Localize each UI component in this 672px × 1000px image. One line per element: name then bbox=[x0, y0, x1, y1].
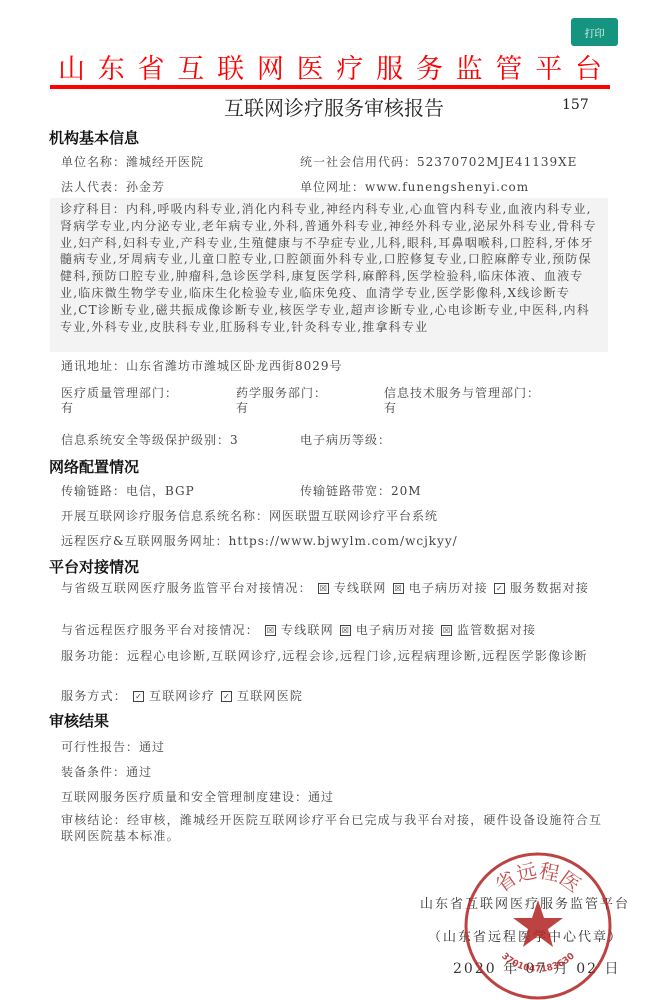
platform-banner: 山 东 省 互 联 网 医 疗 服 务 监 管 平 台 bbox=[50, 48, 610, 84]
banner-char: 服 bbox=[376, 47, 403, 86]
legal-representative: 法人代表：孙金芳 bbox=[61, 178, 165, 195]
provincial-item-label: 电子病历对接 bbox=[409, 581, 488, 595]
print-button[interactable]: 打印 bbox=[571, 18, 618, 46]
transmission-link: 传输链路：电信，BGP bbox=[61, 482, 195, 499]
banner-char: 台 bbox=[575, 47, 602, 86]
medical-quality-dept: 医疗质量管理部门： 有 bbox=[61, 386, 178, 416]
pharmacy-dept: 药学服务部门： 有 bbox=[236, 386, 327, 416]
x-checkbox-icon: ☒ bbox=[441, 625, 452, 636]
emr-level: 电子病历等级： bbox=[300, 431, 391, 448]
medical-quality-dept-label: 医疗质量管理部门： bbox=[61, 386, 178, 401]
banner-char: 平 bbox=[535, 47, 562, 86]
security-level: 信息系统安全等级保护级别：3 bbox=[61, 431, 239, 448]
svg-text:省远程医: 省远程医 bbox=[491, 858, 586, 897]
x-checkbox-icon: ☒ bbox=[318, 583, 329, 594]
address: 通讯地址：山东省潍坊市潍城区卧龙西街8029号 bbox=[61, 357, 343, 374]
remote-connection-label: 与省远程医疗服务平台对接情况： bbox=[61, 623, 259, 637]
remote-connection: 与省远程医疗服务平台对接情况：☒专线联网☒电子病历对接☒监管数据对接 bbox=[61, 622, 609, 638]
service-mode-item: 互联网诊疗 bbox=[149, 689, 215, 703]
banner-char: 山 bbox=[58, 47, 85, 86]
report-title: 互联网诊疗服务审核报告 bbox=[224, 92, 444, 121]
service-functions: 服务功能：远程心电诊断,互联网诊疗,远程会诊,远程门诊,远程病理诊断,远程医学影… bbox=[61, 648, 609, 664]
review-conclusion: 审核结论：经审核，潍城经开医院互联网诊疗平台已完成与我平台对接，硬件设备设施符合… bbox=[61, 812, 609, 844]
provincial-item-label: 专线联网 bbox=[334, 581, 387, 595]
feasibility-result: 可行性报告：通过 bbox=[61, 738, 165, 755]
service-mode-label: 服务方式： bbox=[61, 689, 127, 703]
official-seal-icon: 省远程医 3701047183630 bbox=[462, 850, 614, 1000]
banner-char: 互 bbox=[177, 47, 204, 86]
banner-char: 监 bbox=[456, 47, 483, 86]
departments-box: 诊疗科目：内科,呼吸内科专业,消化内科专业,神经内科专业,心血管内科专业,血液内… bbox=[50, 198, 608, 352]
system-name: 开展互联网诊疗服务信息系统名称：网医联盟互联网诊疗平台系统 bbox=[61, 507, 438, 524]
unit-website: 单位网址：www.funengshenyi.com bbox=[300, 178, 529, 195]
medical-quality-dept-value: 有 bbox=[61, 401, 178, 416]
x-checkbox-icon: ☒ bbox=[393, 583, 404, 594]
service-mode-item: 互联网医院 bbox=[237, 689, 303, 703]
unit-name: 单位名称：潍城经开医院 bbox=[61, 153, 204, 170]
report-number: 157 bbox=[562, 97, 589, 113]
section-title-review: 审核结果 bbox=[49, 710, 109, 731]
it-dept-label: 信息技术服务与管理部门： bbox=[384, 386, 540, 401]
departments-text: 诊疗科目：内科,呼吸内科专业,消化内科专业,神经内科专业,心血管内科专业,血液内… bbox=[60, 202, 597, 334]
seal-top-text: 省远程医 bbox=[491, 858, 586, 897]
service-mode: 服务方式：✓互联网诊疗✓互联网医院 bbox=[61, 688, 303, 704]
credit-code: 统一社会信用代码：52370702MJE41139XE bbox=[300, 153, 577, 170]
quality-system-result: 互联网服务医疗质量和安全管理制度建设：通过 bbox=[61, 788, 334, 805]
it-dept: 信息技术服务与管理部门： 有 bbox=[384, 386, 540, 416]
banner-char: 务 bbox=[416, 47, 443, 86]
banner-char: 疗 bbox=[336, 47, 363, 86]
provincial-connection-label: 与省级互联网医疗服务监管平台对接情况： bbox=[61, 581, 312, 595]
service-url: 远程医疗&互联网服务网址：https://www.bjwylm.com/wcjk… bbox=[61, 532, 458, 549]
svg-text:3701047183630: 3701047183630 bbox=[499, 951, 577, 974]
section-title-network: 网络配置情况 bbox=[49, 456, 139, 477]
banner-char: 东 bbox=[98, 47, 125, 86]
x-checkbox-icon: ☒ bbox=[265, 625, 276, 636]
x-checkbox-icon: ☒ bbox=[340, 625, 351, 636]
provincial-connection: 与省级互联网医疗服务监管平台对接情况：☒专线联网☒电子病历对接✓服务数据对接 bbox=[61, 580, 609, 596]
seal-number: 3701047183630 bbox=[499, 951, 577, 974]
it-dept-value: 有 bbox=[384, 401, 540, 416]
checked-checkbox-icon: ✓ bbox=[133, 691, 144, 702]
banner-divider bbox=[50, 85, 610, 89]
section-title-institution: 机构基本信息 bbox=[49, 127, 139, 148]
checked-checkbox-icon: ✓ bbox=[221, 691, 232, 702]
banner-char: 网 bbox=[257, 47, 284, 86]
remote-item-label: 专线联网 bbox=[281, 623, 334, 637]
banner-char: 联 bbox=[217, 47, 244, 86]
banner-char: 管 bbox=[495, 47, 522, 86]
checked-checkbox-icon: ✓ bbox=[494, 583, 505, 594]
provincial-item-label: 服务数据对接 bbox=[510, 581, 589, 595]
banner-char: 省 bbox=[138, 47, 165, 86]
banner-char: 医 bbox=[297, 47, 324, 86]
pharmacy-dept-value: 有 bbox=[236, 401, 327, 416]
equipment-result: 装备条件：通过 bbox=[61, 763, 152, 780]
bandwidth: 传输链路带宽：20M bbox=[300, 482, 422, 499]
section-title-platform: 平台对接情况 bbox=[49, 556, 139, 577]
remote-item-label: 电子病历对接 bbox=[356, 623, 435, 637]
pharmacy-dept-label: 药学服务部门： bbox=[236, 386, 327, 401]
remote-item-label: 监管数据对接 bbox=[457, 623, 536, 637]
